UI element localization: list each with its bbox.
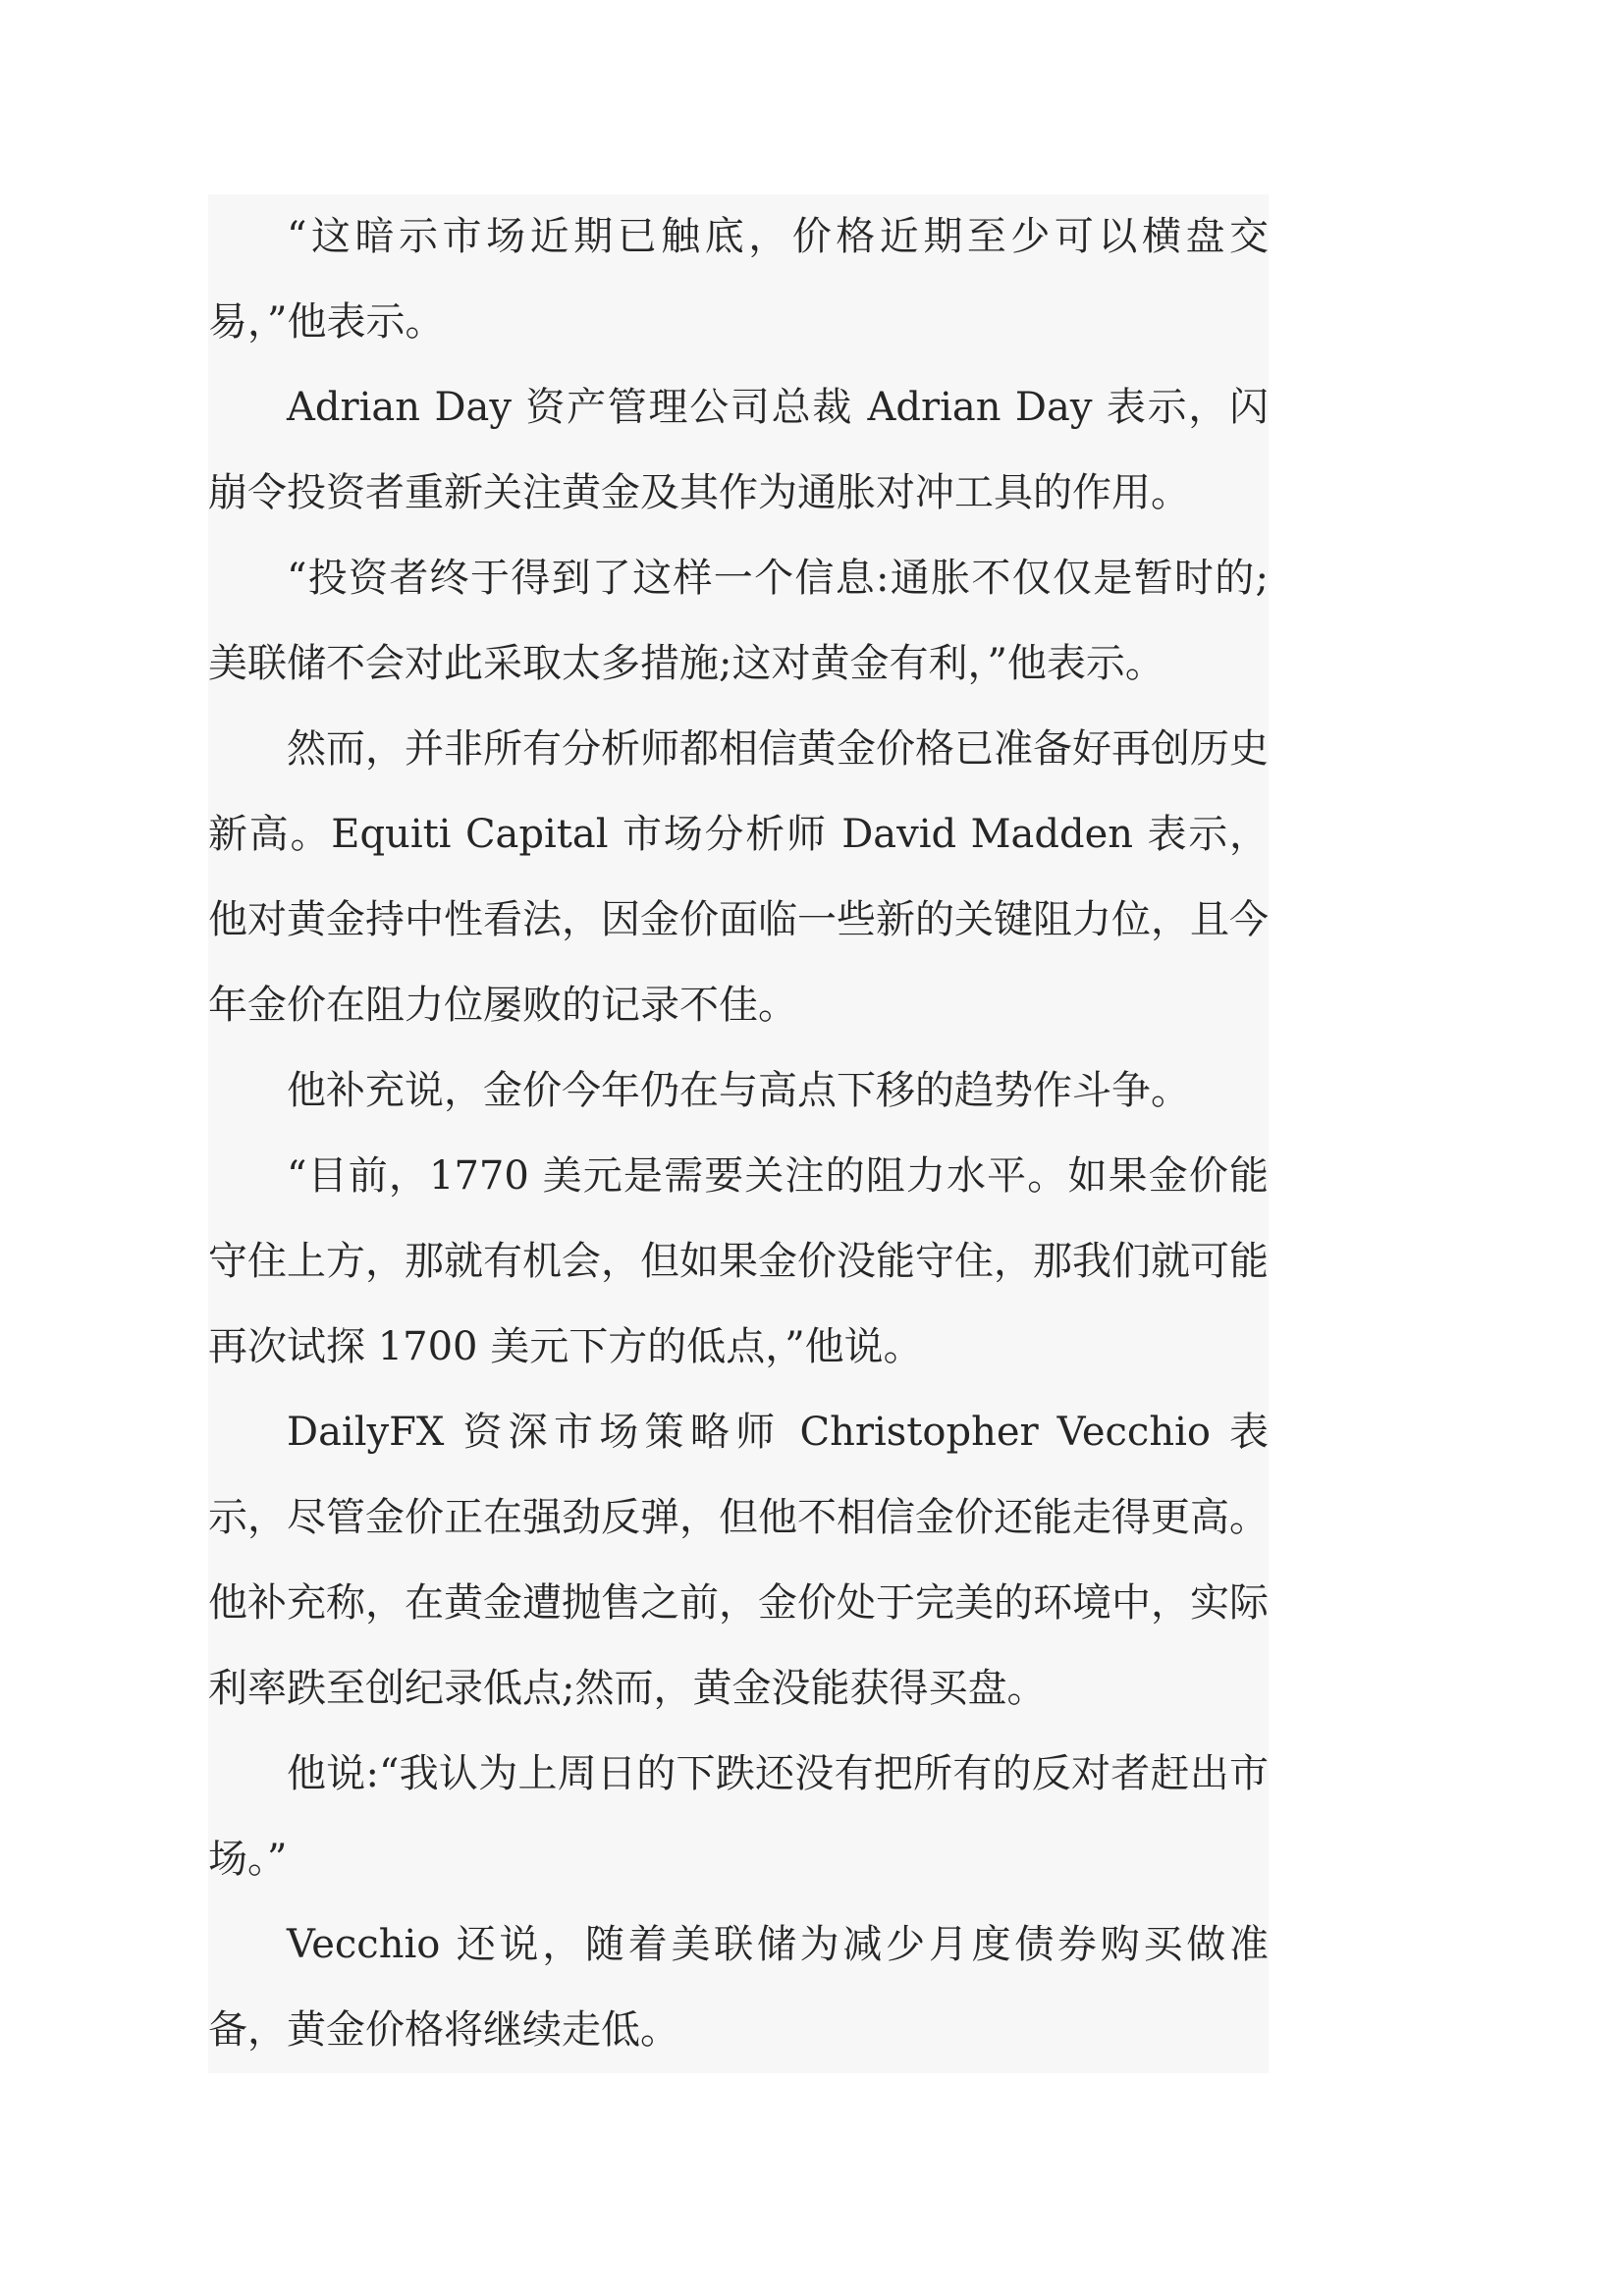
document-page: “这暗示市场近期已触底，价格近期至少可以横盘交易，”他表示。 Adrian Da… (0, 0, 1624, 2296)
paragraph: “这暗示市场近期已触底，价格近期至少可以横盘交易，”他表示。 (208, 194, 1269, 365)
paragraph: Adrian Day 资产管理公司总裁 Adrian Day 表示，闪崩令投资者… (208, 365, 1269, 536)
paragraph: 他补充说，金价今年仍在与高点下移的趋势作斗争。 (208, 1048, 1269, 1134)
paragraph: 他说:“我认为上周日的下跌还没有把所有的反对者赶出市场。” (208, 1732, 1269, 1902)
paragraph: “投资者终于得到了这样一个信息:通胀不仅仅是暂时的;美联储不会对此采取太多措施;… (208, 536, 1269, 707)
paragraph: 然而，并非所有分析师都相信黄金价格已准备好再创历史新高。Equiti Capit… (208, 707, 1269, 1048)
paragraph: “目前，1770 美元是需要关注的阻力水平。如果金价能守住上方，那就有机会，但如… (208, 1134, 1269, 1390)
document-text-block: “这暗示市场近期已触底，价格近期至少可以横盘交易，”他表示。 Adrian Da… (208, 194, 1269, 2073)
paragraph: DailyFX 资深市场策略师 Christopher Vecchio 表示，尽… (208, 1390, 1269, 1732)
paragraph: Vecchio 还说，随着美联储为减少月度债券购买做准备，黄金价格将继续走低。 (208, 1902, 1269, 2073)
